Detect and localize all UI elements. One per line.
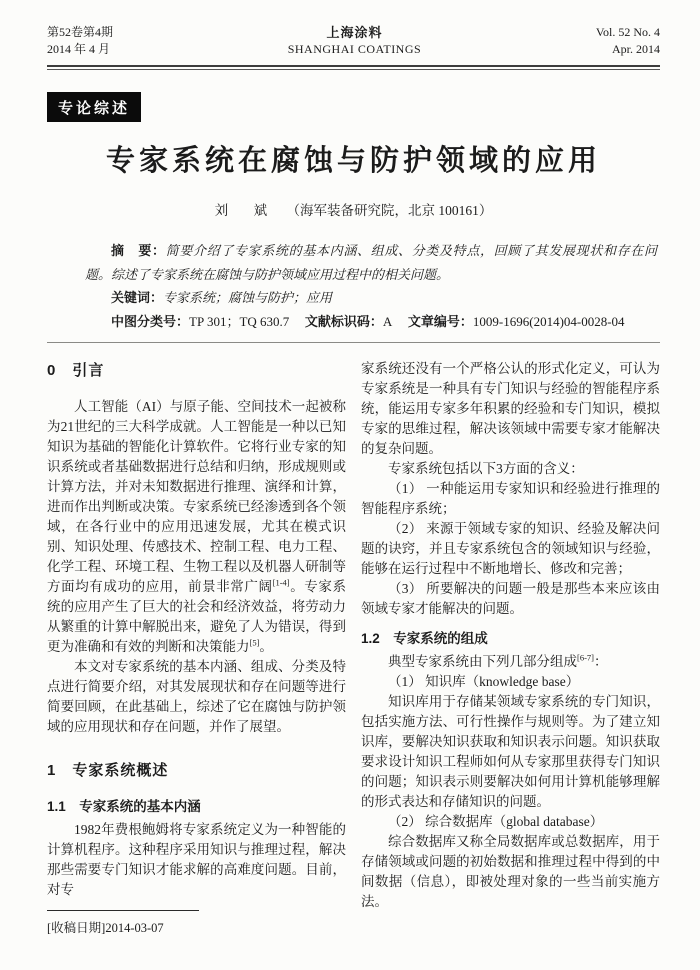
article-no-label: 文章编号： xyxy=(408,314,473,329)
volume-date: Apr. 2014 xyxy=(596,41,660,58)
section-heading: 1.1 专家系统的基本内涵 xyxy=(47,797,346,817)
paragraph: 1982年费根鲍姆将专家系统定义为一种智能的计算机程序。这种程序采用知识与推理过… xyxy=(47,820,346,900)
section-heading: 1 专家系统概述 xyxy=(47,761,346,781)
author-name: 刘 斌 xyxy=(215,203,274,218)
abstract-label: 摘 要： xyxy=(111,243,166,258)
volume-info: Vol. 52 No. 4 Apr. 2014 xyxy=(596,24,660,58)
header-divider xyxy=(47,65,660,70)
clc-value: TP 301；TQ 630.7 xyxy=(189,314,289,329)
paragraph: （2） 来源于领域专家的知识、经验及解决问题的诀窍，并且专家系统包含的领域知识与… xyxy=(361,519,660,579)
article-title: 专家系统在腐蚀与防护领域的应用 xyxy=(47,138,660,179)
doc-code-value: A xyxy=(383,314,392,329)
right-column-text: 家系统还没有一个严格公认的形式化定义，可认为专家系统是一种具有专门知识与经验的智… xyxy=(361,359,660,912)
abstract-text: 简要介绍了专家系统的基本内涵、组成、分类及特点，回顾了其发展现状和存在问题。综述… xyxy=(85,243,657,282)
footnote: [收稿日期]2014-03-07 xyxy=(47,910,346,938)
paragraph: （2） 综合数据库（global database） xyxy=(361,812,660,832)
author-affiliation: （海军装备研究院，北京 100161） xyxy=(287,203,493,218)
received-date-label: [收稿日期] xyxy=(47,921,105,935)
doc-code-label: 文献标识码： xyxy=(305,314,383,329)
category-badge: 专论综述 xyxy=(47,92,141,122)
article-no-value: 1009-1696(2014)04-0028-04 xyxy=(473,314,625,329)
right-column: 家系统还没有一个严格公认的形式化定义，可认为专家系统是一种具有专门知识与经验的智… xyxy=(361,359,660,938)
abstract-paragraph: 摘 要：简要介绍了专家系统的基本内涵、组成、分类及特点，回顾了其发展现状和存在问… xyxy=(85,239,657,286)
paragraph: （3） 所要解决的问题一般是那些本来应该由领域专家才能解决的问题。 xyxy=(361,579,660,619)
left-column-text: 0 引言人工智能（AI）与原子能、空间技术一起被称为21世纪的三大科学成就。人工… xyxy=(47,361,346,900)
footnote-divider xyxy=(47,910,199,911)
author-line: 刘 斌 （海军装备研究院，北京 100161） xyxy=(47,199,660,219)
keywords-line: 关键词：专家系统；腐蚀与防护；应用 xyxy=(85,286,657,310)
issue-volume: 第52卷第4期 xyxy=(47,24,113,41)
keywords-text: 专家系统；腐蚀与防护；应用 xyxy=(163,290,332,305)
journal-name-en: SHANGHAI COATINGS xyxy=(288,41,422,58)
journal-name: 上海涂料 SHANGHAI COATINGS xyxy=(288,24,422,58)
journal-page: 第52卷第4期 2014 年 4 月 上海涂料 SHANGHAI COATING… xyxy=(0,0,700,970)
paragraph: （1） 一种能运用专家知识和经验进行推理的智能程序系统； xyxy=(361,479,660,519)
volume-number: Vol. 52 No. 4 xyxy=(596,24,660,41)
abstract-divider xyxy=(47,342,660,343)
keywords-label: 关键词： xyxy=(111,290,163,305)
journal-name-cn: 上海涂料 xyxy=(288,24,422,41)
reference-superscript: [5] xyxy=(250,638,260,648)
paragraph: 综合数据库又称全局数据库或总数据库，用于存储领域或问题的初始数据和推理过程中得到… xyxy=(361,832,660,912)
section-heading: 1.2 专家系统的组成 xyxy=(361,629,660,649)
received-date-line: [收稿日期]2014-03-07 xyxy=(47,918,346,938)
paragraph: 专家系统包括以下3方面的含义： xyxy=(361,459,660,479)
received-date-value: 2014-03-07 xyxy=(105,921,163,935)
paragraph: 家系统还没有一个严格公认的形式化定义，可认为专家系统是一种具有专门知识与经验的智… xyxy=(361,359,660,459)
abstract-block: 摘 要：简要介绍了专家系统的基本内涵、组成、分类及特点，回顾了其发展现状和存在问… xyxy=(85,239,657,333)
left-column: 0 引言人工智能（AI）与原子能、空间技术一起被称为21世纪的三大科学成就。人工… xyxy=(47,359,346,938)
paragraph: 本文对专家系统的基本内涵、组成、分类及特点进行简要介绍，对其发展现状和存在问题等… xyxy=(47,657,346,737)
issue-info: 第52卷第4期 2014 年 4 月 xyxy=(47,24,113,58)
reference-superscript: [6-7] xyxy=(577,653,594,663)
journal-header: 第52卷第4期 2014 年 4 月 上海涂料 SHANGHAI COATING… xyxy=(47,24,660,58)
article-body: 0 引言人工智能（AI）与原子能、空间技术一起被称为21世纪的三大科学成就。人工… xyxy=(47,359,660,938)
reference-superscript: [1-4] xyxy=(273,578,290,588)
paragraph: 知识库用于存储某领域专家系统的专门知识，包括实施方法、可行性操作与规则等。为了建… xyxy=(361,692,660,812)
issue-date: 2014 年 4 月 xyxy=(47,41,113,58)
paragraph: （1） 知识库（knowledge base） xyxy=(361,672,660,692)
clc-label: 中图分类号： xyxy=(111,314,189,329)
paragraph: 人工智能（AI）与原子能、空间技术一起被称为21世纪的三大科学成就。人工智能是一… xyxy=(47,397,346,657)
classification-line: 中图分类号：TP 301；TQ 630.7文献标识码：A文章编号：1009-16… xyxy=(85,310,657,334)
paragraph: 典型专家系统由下列几部分组成[6-7]： xyxy=(361,652,660,672)
section-heading: 0 引言 xyxy=(47,361,346,381)
